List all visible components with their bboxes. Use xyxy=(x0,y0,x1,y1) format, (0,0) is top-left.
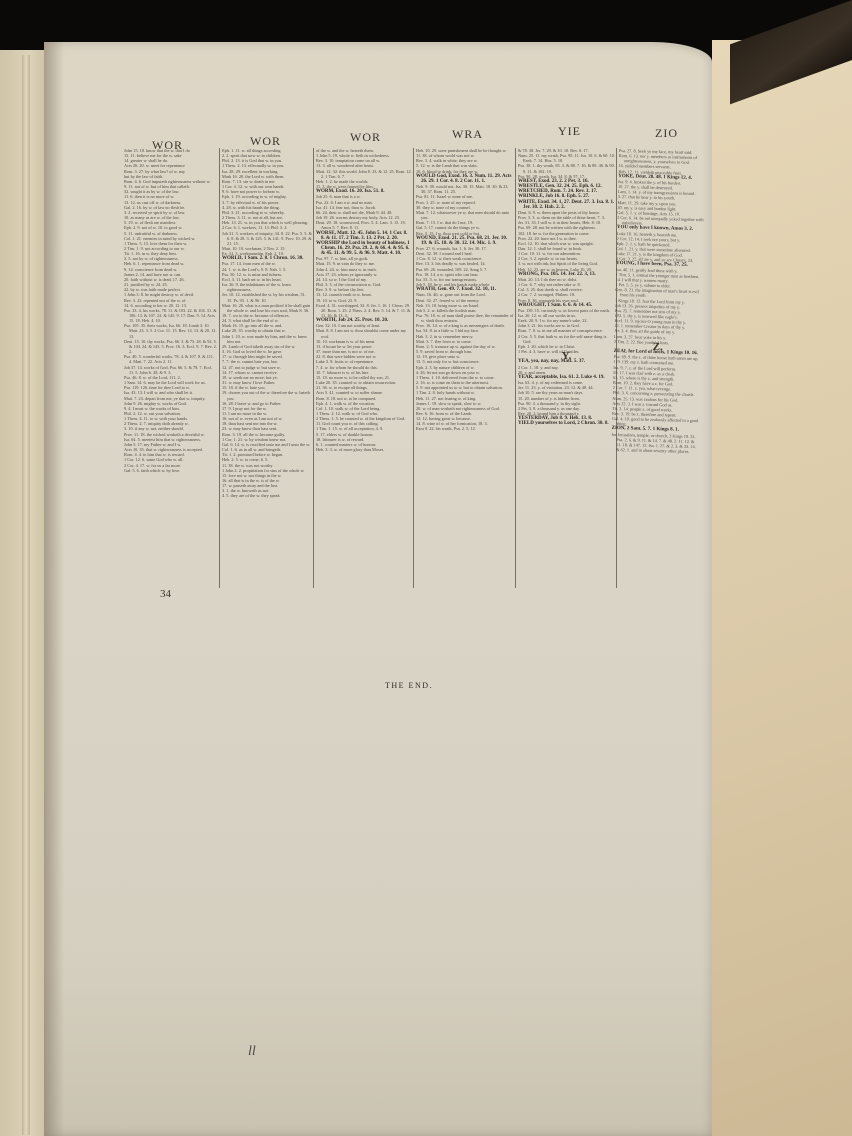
concordance-entry: Matt. 7. 12. whatsoever ye w. that men s… xyxy=(416,210,514,220)
headword-entry: WRITE, Exod. 34. 1, 27. Deut. 27. 3. Isa… xyxy=(518,200,615,210)
concordance-entry: 19. chosen you out of the w. therefore t… xyxy=(222,390,312,400)
column-header: WOR xyxy=(350,130,381,145)
left-page-edge xyxy=(22,55,30,1135)
concordance-entry: Psa. 76. 10. w. of man shall praise thee… xyxy=(416,313,514,323)
concordance-column: & 78. 38. Jer. 7. 29. & 10. 10. Rev. 6. … xyxy=(518,148,615,588)
concordance-entry: Job 37. 14. works of God, Psa. 66. 5. & … xyxy=(124,365,218,375)
concordance-entry: Jer. 10. 12. established the w. by his w… xyxy=(222,292,312,302)
concordance-entry: Deut. 29. 18. wormwood, Prov. 5. 4. Lam.… xyxy=(316,220,412,230)
concordance-entry: Matt. 8. 8. I am not w. thou shouldst co… xyxy=(316,328,412,338)
book-cover-board xyxy=(712,40,852,1136)
concordance-entry: Deut. 15. 10. thy works, Psa. 66. 3. & 7… xyxy=(124,339,218,354)
headword-entry: WORSHIP the Lord in beauty of holiness, … xyxy=(316,241,412,256)
concordance-entry: Rom. 7. 8. w. in me all manner of concup… xyxy=(518,328,615,333)
concordance-entry: Prov. 11. 18. the wicked worketh a decei… xyxy=(124,432,218,437)
headword-entry: YIELD yourselves to Lord, 2 Chron. 30. 8… xyxy=(518,421,615,426)
concordance-entry: Psa. 38. 1. thy wrath, 85. 3. & 88. 7. 1… xyxy=(518,163,615,173)
concordance-columns: John 15. 18. know that the w. that I do1… xyxy=(120,148,710,598)
concordance-entry: Psa. 40. 5. wonderful works, 78. 4. & 10… xyxy=(124,354,218,364)
column-header: YIE xyxy=(558,124,581,139)
concordance-entry: Matt. 12. 32. this world, John 8. 23. & … xyxy=(316,169,412,179)
concordance-entry: Matt. 16. 26. what is a man profited if … xyxy=(222,303,312,313)
concordance-column: of the w. and the w. heareth them.1 John… xyxy=(316,148,412,588)
column-header: WOR xyxy=(250,134,281,149)
page-number: 34 xyxy=(160,588,171,600)
concordance-entry: Heb. 3. 3. w. of more glory than Moses. xyxy=(316,447,412,452)
concordance-entry: 4. 5. they are of the w. they speak xyxy=(222,493,312,498)
concordance-entry: Job 31. 3. workers of iniquity, 34. 8. 2… xyxy=(222,231,312,246)
concordance-entry: Exod. 4. 31. worshipped, 32. 8. Jer. 1. … xyxy=(316,303,412,318)
page-shade xyxy=(44,960,712,1136)
concordance-entry: Psa. 105. 35. their works, Isa. 66. 18. … xyxy=(124,323,218,338)
concordance-entry: Gal. 5. 6. faith which w. by love. xyxy=(124,468,218,473)
concordance-entry: Num. 25. 11. my wrath, Psa. 95. 11. Isa.… xyxy=(518,153,615,163)
the-end-text: THE END. xyxy=(385,681,433,690)
pencil-mark: ll xyxy=(248,1044,256,1060)
concordance-column: Eph. 1. 11. w. all things according.2. 2… xyxy=(222,148,312,588)
headword-entry: WOULD God, Exod. 16. 3. Num. 11. 29. Act… xyxy=(416,174,514,184)
concordance-entry: Ezra 8. 22. his wrath, Psa. 2. 5, 12. xyxy=(416,426,514,431)
column-header: ZIO xyxy=(655,126,678,141)
concordance-entry: Psa. 33. 4. his works, 78. 11. & 103. 22… xyxy=(124,308,218,323)
headword-entry: WOUND, Exod. 21. 25. Psa. 68. 21. Jer. 1… xyxy=(416,236,514,246)
headword-entry: WORSE, Matt. 12. 45. John 5. 14. 1 Cor. … xyxy=(316,231,412,241)
concordance-entry: Matt. 7. 23. depart from me, ye that w. … xyxy=(124,396,218,401)
concordance-column: John 15. 18. know that the w. that I do1… xyxy=(124,148,218,588)
concordance-entry: Isa. 26. 9. the inhabitants of the w. le… xyxy=(222,282,312,292)
concordance-entry: for Jerusalem, temple, or church, 2 King… xyxy=(611,431,700,454)
column-header: WRA xyxy=(452,127,483,142)
concordance-entry: Neh. 9. 30. would not, Isa. 30. 15. Matt… xyxy=(416,184,514,194)
concordance-entry: 2 Cor. 5. 5. that hath w. us for the sel… xyxy=(518,334,615,344)
concordance-column: Psa. 27. 8. Seek ye my face, my heart sa… xyxy=(607,148,706,590)
concordance-entry: John 1. 10. w. was made by him, and the … xyxy=(222,334,312,344)
concordance-column: Heb. 10. 29. sorer punishment shall he b… xyxy=(416,148,514,588)
